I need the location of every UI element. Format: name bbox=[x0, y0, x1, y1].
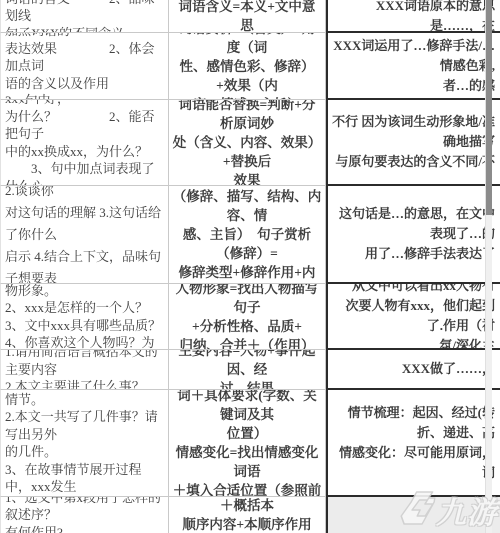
cell-question-1: 词语的含义 2、品味划线 句子XXX的不同含义 bbox=[0, 0, 169, 33]
vertical-scrollbar-thumb[interactable] bbox=[486, 0, 492, 215]
cell-formula-6: 主要内容=人物+事件起因、经 过、结果 bbox=[169, 350, 326, 390]
cell-formula-8: 记叙顺序作用=判定顺序＋概括本 顺序内容+本顺序作用+与中心或 bbox=[169, 497, 326, 533]
cell-template-4: 这句话是…的意思，在文中表现了…的 用了…修辞手法表达了 bbox=[326, 186, 500, 284]
cell-template-6: XXX做了……， bbox=[326, 350, 500, 390]
cell-formula-3: 词语能否替换=判断+分析原词妙 处（含义、内容、效果）+替换后 效果 bbox=[169, 100, 326, 186]
vertical-scrollbar-track[interactable] bbox=[485, 0, 492, 533]
cell-question-5: 1、结合全文，简要分析人物形象。 2、xxx是怎样的一个人？ 3、文中xxx具有… bbox=[0, 284, 169, 350]
cell-question-3: 1、如果把句子中的xx换成xx好不好， 为什么？ 2、能否把句子 中的xx换成x… bbox=[0, 100, 169, 186]
cell-formula-7: 情节梳理=划分情节＋搜索关键 词＋具体要求(字数、关键词及其 位置） 情感变化=… bbox=[169, 390, 326, 497]
cell-template-5: 从文中可以看出xx人物有 次要人物有xxx，他们起到了.作用（衬 氛/深化主 bbox=[326, 284, 500, 350]
cell-formula-2: 词语赏析=（含义）+角度（词 性、感情色彩、修辞）+效果（内 容、情感、主旨） bbox=[169, 33, 326, 100]
cell-formula-5: 人物形象=找出人物描写句子 +分析性格、品质+ 归纳、合并＋（作用） bbox=[169, 284, 326, 350]
cell-formula-4: 句子赏析=句子含义+表达效果 （修辞、描写、结构、内容、情 感、主旨） 句子赏析… bbox=[169, 186, 326, 284]
cell-formula-1: 词语含义=本义+文中意思 bbox=[169, 0, 326, 33]
screenshot-root: 词语的含义 2、品味划线 句子XXX的不同含义 词语含义=本义+文中意思 XXX… bbox=[0, 0, 500, 533]
cell-question-6: 1.请用简洁语言概括本文的主要内容 2.本文主要讲了什么事？ bbox=[0, 350, 169, 390]
cell-question-4: 1.说出文中画线句子的含义 2.谈谈你 对这句话的理解 3.这句话给了你什么 启… bbox=[0, 186, 169, 284]
cell-template-2: XXX词运用了…修辞手法/…情感色彩, 者…的感 bbox=[326, 33, 500, 100]
cell-question-2: 1、结合上下文，分析句子加点词语的 表达效果 2、体会加点词 语的含义以及作用 … bbox=[0, 33, 169, 100]
cell-template-3: 不行 因为该词生动形象地/准确地描写 与原句要表达的含义不同/不 bbox=[326, 100, 500, 186]
cell-question-7: 1.用简洁的语言补全本文的情节。 2.本文一共写了几件事？请写出另外 的几件。 … bbox=[0, 390, 169, 497]
cell-question-8: 1、选文中第x段用了怎样的叙述序？ 有何作用? bbox=[0, 497, 169, 533]
cell-template-8 bbox=[326, 497, 500, 533]
cell-template-1: XXX词语原本的意思是……，在 bbox=[326, 0, 500, 33]
cell-template-7: 情节梳理：起因、经过(转折、递进、高 情感变化：尽可能用原词，词 bbox=[326, 390, 500, 497]
answer-template-table: 词语的含义 2、品味划线 句子XXX的不同含义 词语含义=本义+文中意思 XXX… bbox=[0, 0, 500, 533]
